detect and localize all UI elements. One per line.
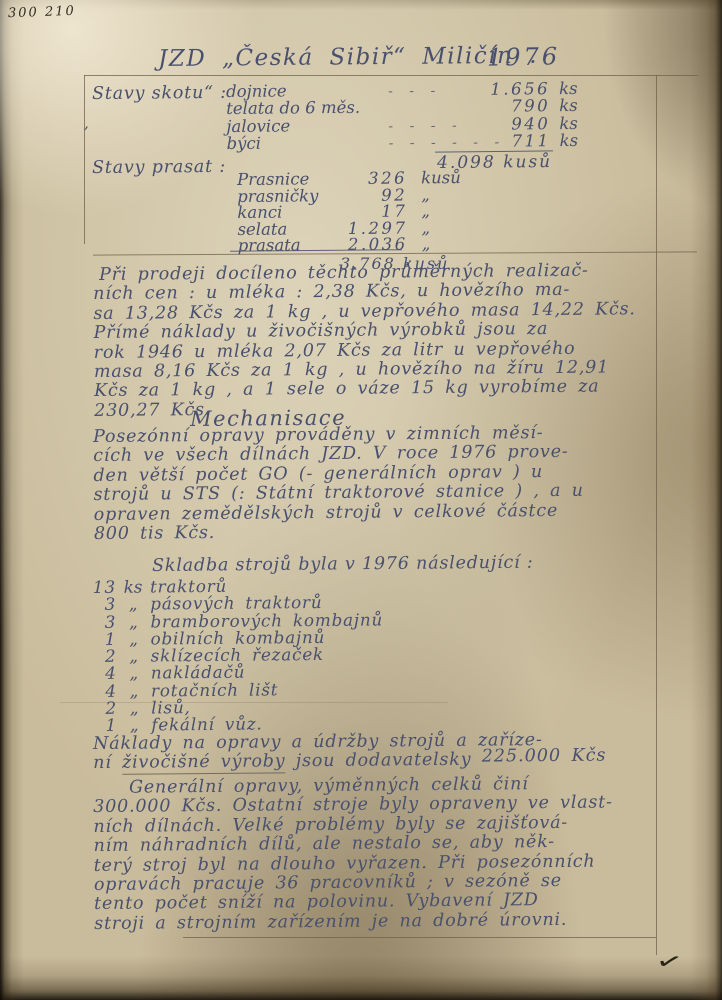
cattle-row: býci- - - - - -711ks	[226, 131, 578, 151]
paragraph-mechanisation: Posezónní opravy prováděny v zimních měs…	[93, 423, 679, 545]
text-line: stroji a strojním zařízením je na dobré …	[94, 910, 679, 935]
text-line: ní živočišné výroby jsou dodavatelsky 22…	[93, 749, 678, 774]
cattle-table: dojnice- - -1.656ks telata do 6 měs.790k…	[226, 79, 578, 151]
costs-amount: 225.000 Kčs	[482, 746, 607, 767]
pig-row: kanci17„	[237, 201, 461, 220]
machine-row: 3„bramborových kombajnů	[90, 609, 383, 629]
machines-list: 13kstraktorů 3„pásových traktorů 3„bramb…	[90, 574, 384, 732]
paragraph-overhaul: Generální opravy, výměnných celků činí 3…	[93, 774, 679, 934]
pig-row-unit: „	[422, 235, 431, 254]
pig-row: prasničky92„	[237, 185, 461, 204]
pig-row: selata1.297„	[237, 218, 461, 237]
cattle-row-unit: ks	[559, 114, 578, 133]
pig-row-label: prasata	[238, 235, 346, 255]
cattle-row-dashes	[388, 112, 476, 113]
cattle-row-unit: ks	[559, 96, 578, 115]
machines-intro: Skladba strojů byla v 1976 následující :	[152, 553, 534, 576]
paragraph-prices: Při prodeji docíleno těchto průměrných r…	[93, 261, 679, 421]
checkmark-glyph: ✓	[653, 948, 685, 977]
cattle-row-unit: ks	[559, 131, 578, 150]
cattle-row-value: 711	[476, 131, 550, 151]
page-number-mark: 300 210	[8, 4, 76, 21]
underlined-phrase: živočišné výroby	[122, 752, 286, 775]
left-margin-rule	[84, 75, 85, 244]
page-title: JZD „Česká Sibiř“ Miličín .	[158, 43, 538, 72]
cattle-row-label: býci	[226, 132, 388, 152]
pigs-heading: Stavy prasat :	[92, 157, 226, 178]
machine-unit: „	[117, 715, 151, 735]
machine-count: 1	[91, 715, 117, 735]
machine-row: 1„fekální vůz.	[91, 713, 384, 733]
cattle-row-unit: ks	[559, 79, 578, 98]
cattle-row-dashes: - - - - - -	[388, 135, 476, 152]
title-underline-rule	[84, 75, 698, 76]
costs-prefix: ní	[93, 753, 122, 773]
scanned-chronicle-page: 300 210 , JZD „Česká Sibiř“ Miličín . 19…	[0, 0, 722, 1000]
checkmark: ✓	[660, 950, 678, 975]
text-line: 800 tis Kčs.	[94, 520, 679, 545]
pig-row: Prasnice326kusů	[237, 168, 461, 187]
text-line: 230,27 Kčs.	[94, 397, 679, 422]
pigs-table: Prasnice326kusů prasničky92„ kanci17„ se…	[237, 168, 461, 253]
page-title-year: 1976	[487, 42, 561, 71]
pig-row-value: 2.036	[346, 235, 408, 255]
stray-ink-mark: ,	[84, 114, 89, 132]
bottom-rule	[183, 937, 656, 938]
cattle-heading: Stavy skotu“ :	[92, 83, 227, 104]
costs-rest: jsou dodavatelsky	[285, 750, 471, 772]
paragraph-costs: Náklady na opravy a údržby strojů a zaří…	[93, 730, 678, 774]
